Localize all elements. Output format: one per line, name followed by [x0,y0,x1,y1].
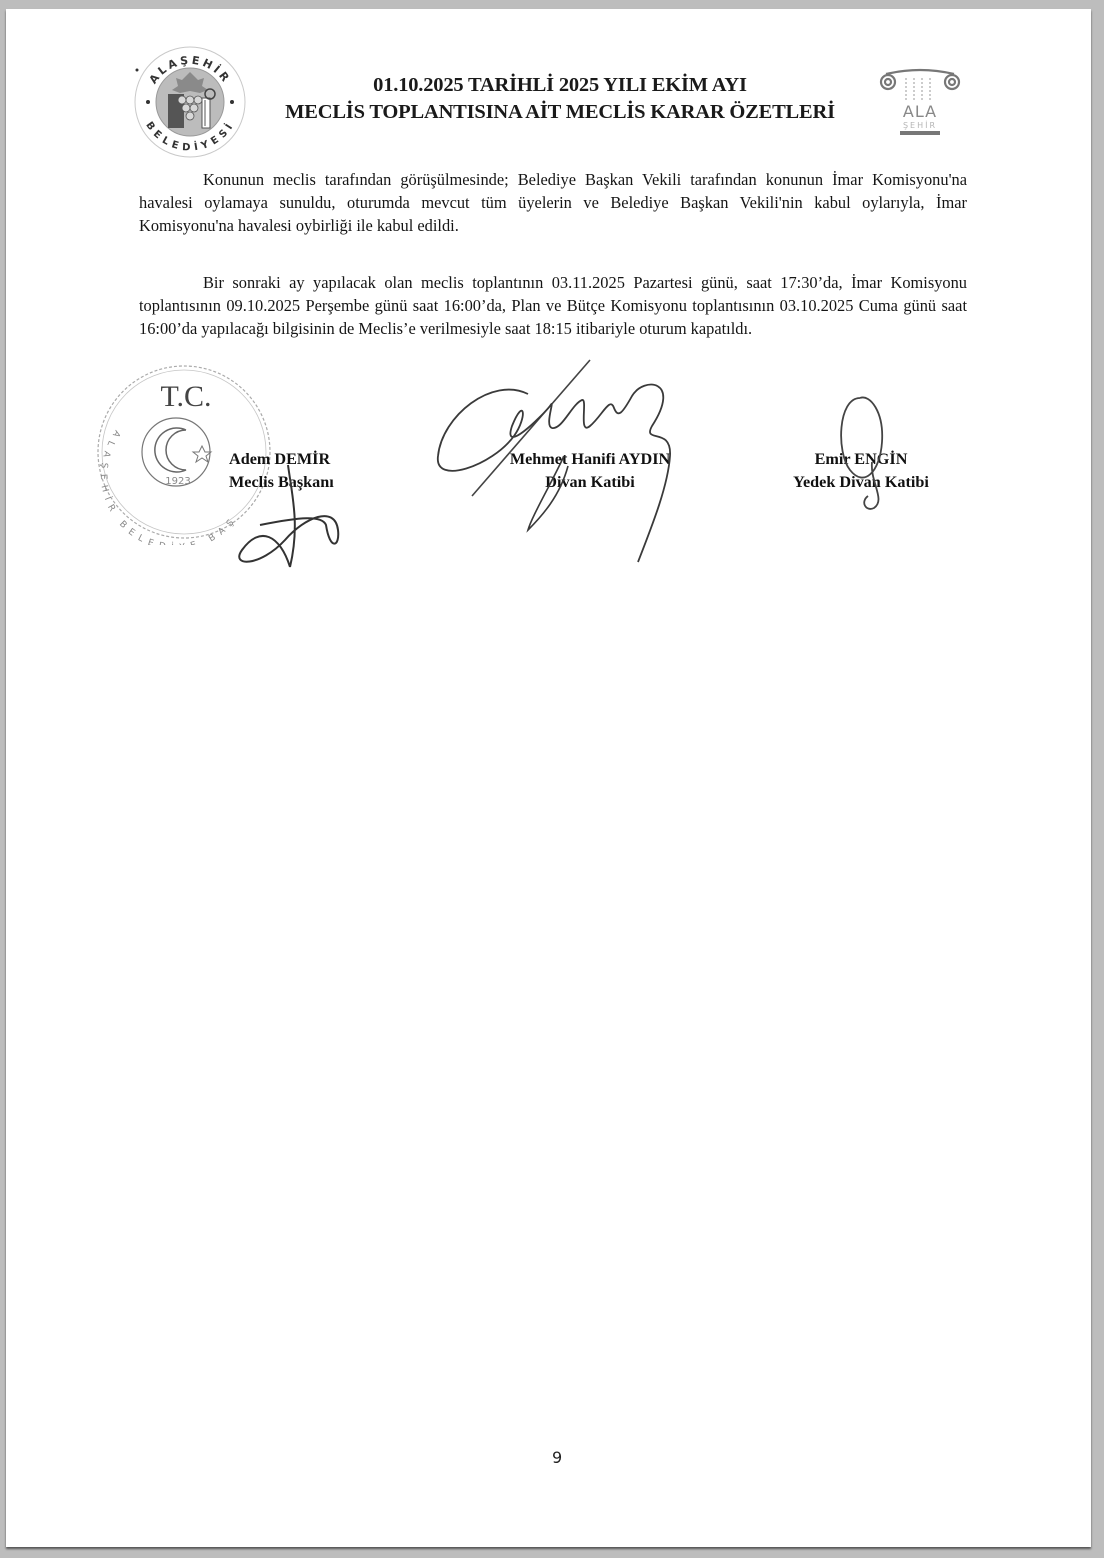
signature-block-chairman: Adem DEMİR Meclis Başkanı [229,450,334,492]
signatory-title: Yedek Divan Katibi [781,473,941,492]
ionic-column-logo-icon: ALA ŞEHİR [872,60,968,140]
svg-text:T.C.: T.C. [160,380,211,413]
signatory-name: Emir ENGİN [781,450,941,469]
svg-text:ALA: ALA [903,102,937,121]
svg-text:1923: 1923 [165,476,190,487]
signatory-name: Mehmet Hanifi AYDIN [500,450,680,469]
signature-block-deputy-secretary: Emir ENGİN Yedek Divan Katibi [781,450,941,492]
svg-text:ALAŞEHİR BELEDİYE BAŞKANLIĞI: ALAŞEHİR BELEDİYE BAŞKANLIĞI [86,360,240,545]
signatory-title: Divan Katibi [500,473,680,492]
signatory-title: Meclis Başkanı [229,473,334,492]
signature-block-secretary: Mehmet Hanifi AYDIN Divan Katibi [500,450,680,492]
svg-text:ŞEHİR: ŞEHİR [903,120,937,130]
body-paragraph: Konunun meclis tarafından görüşülmesinde… [139,168,967,238]
body-paragraph: Bir sonraki ay yapılacak olan meclis top… [139,271,967,341]
document-title-line2: MECLİS TOPLANTISINA AİT MECLİS KARAR ÖZE… [260,101,860,124]
municipality-seal-icon: ALAŞEHİR BELEDİYESİ [128,42,252,160]
page-number: 9 [552,1448,562,1467]
document-page [6,9,1091,1547]
document-title-line1: 01.10.2025 TARİHLİ 2025 YILI EKİM AYI [260,74,860,97]
signatory-name: Adem DEMİR [229,450,334,469]
